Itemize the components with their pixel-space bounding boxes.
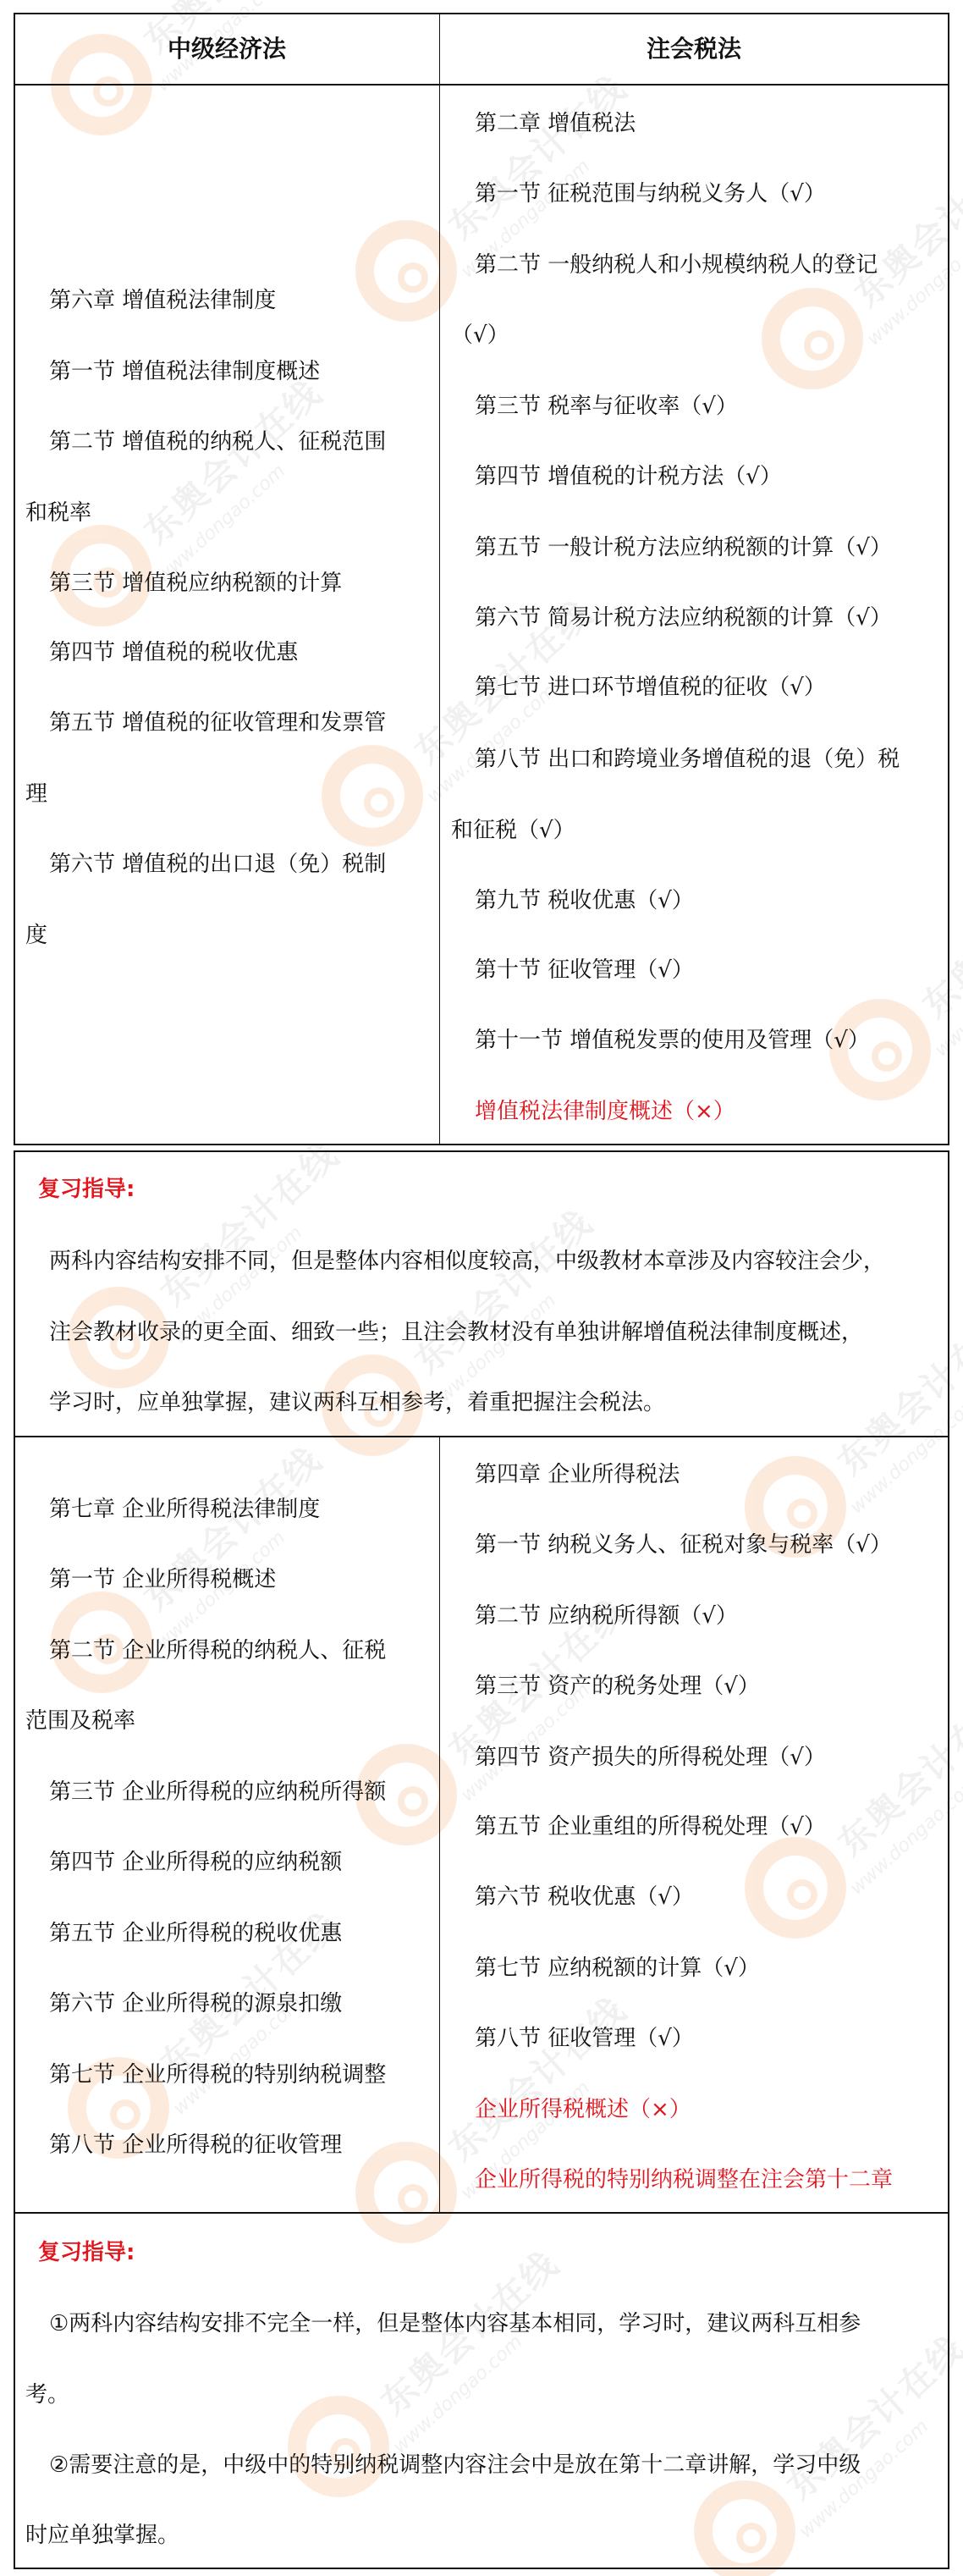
section-item: 第五节 增值税的征收管理和发票管 (49, 710, 386, 736)
section-item: 第一节 企业所得税概述 (49, 1567, 276, 1592)
review-guidance-title: 复习指导: (38, 1177, 135, 1202)
section-item: 第二节 应纳税所得额（√） (475, 1603, 738, 1629)
section-item: 第九节 税收优惠（√） (475, 888, 694, 913)
section-item: 第六节 税收优惠（√） (475, 1884, 694, 1910)
section-item-wrap: 度 (25, 923, 47, 948)
excluded-note: 增值税法律制度概述（×） (475, 1099, 735, 1124)
section-item: 第二节 一般纳税人和小规模纳税人的登记 (475, 252, 878, 278)
section-item-wrap: （√） (451, 323, 509, 348)
column-divider (439, 13, 440, 1145)
section-item: 第一节 征税范围与纳税义务人（√） (475, 181, 826, 207)
chapter-title: 第六章 增值税法律制度 (49, 288, 276, 313)
section-item: 第四节 增值税的税收优惠 (49, 640, 298, 665)
section-item: 第五节 一般计税方法应纳税额的计算（√） (475, 535, 892, 560)
chapter-title: 第二章 增值税法 (475, 111, 636, 136)
guidance-text: ①两科内容结构安排不完全一样，但是整体内容基本相同，学习时，建议两科互相参 (49, 2311, 861, 2336)
section-item: 第三节 增值税应纳税额的计算 (49, 571, 342, 596)
section-item: 第五节 企业重组的所得税处理（√） (475, 1814, 826, 1840)
table-header-divider (14, 84, 949, 85)
section-item-wrap: 理 (25, 781, 47, 807)
section-item: 第三节 税率与征收率（√） (475, 394, 738, 419)
section-item-wrap: 和税率 (25, 500, 91, 526)
section-item: 第八节 征收管理（√） (475, 2026, 694, 2051)
section-item: 第四节 企业所得税的应纳税额 (49, 1850, 342, 1875)
section-item: 第一节 增值税法律制度概述 (49, 359, 320, 384)
section-item: 第十一节 增值税发票的使用及管理（√） (475, 1028, 870, 1053)
relocated-note: 企业所得税的特别纳税调整在注会第十二章 (475, 2167, 893, 2193)
guidance-text: 注会教材收录的更全面、细致一些；且注会教材没有单独讲解增值税法律制度概述， (49, 1320, 863, 1345)
guidance-text: 学习时，应单独掌握，建议两科互相参考，着重把握注会税法。 (49, 1390, 665, 1415)
chapter-title: 第四章 企业所得税法 (475, 1462, 680, 1487)
section-item: 第一节 纳税义务人、征税对象与税率（√） (475, 1532, 892, 1558)
review-guidance-box (14, 2212, 949, 2569)
section-item: 第七节 企业所得税的特别纳税调整 (49, 2062, 386, 2088)
guidance-text: ②需要注意的是，中级中的特别纳税调整内容注会中是放在第十二章讲解，学习中级 (49, 2452, 861, 2478)
section-item-wrap: 和征税（√） (451, 818, 575, 843)
guidance-text-wrap: 时应单独掌握。 (25, 2523, 179, 2548)
excluded-note: 企业所得税概述（×） (475, 2097, 691, 2122)
section-item: 第七节 进口环节增值税的征收（√） (475, 675, 826, 700)
section-item: 第六节 企业所得税的源泉扣缴 (49, 1991, 342, 2016)
section-item: 第六节 简易计税方法应纳税额的计算（√） (475, 605, 892, 631)
section-item: 第二节 增值税的纳税人、征税范围 (49, 429, 386, 455)
column-header-cpa-tax-law: 注会税法 (647, 36, 741, 62)
section-item: 第五节 企业所得税的税收优惠 (49, 1921, 342, 1946)
guidance-text: 两科内容结构安排不同，但是整体内容相似度较高，中级教材本章涉及内容较注会少， (49, 1249, 885, 1274)
section-item: 第八节 出口和跨境业务增值税的退（免）税 (475, 747, 900, 772)
section-item: 第八节 企业所得税的征收管理 (49, 2132, 342, 2158)
section-item: 第二节 企业所得税的纳税人、征税 (49, 1638, 386, 1663)
column-header-intermediate-economic-law: 中级经济法 (168, 36, 286, 62)
section-item: 第三节 企业所得税的应纳税所得额 (49, 1779, 386, 1805)
section-item: 第十节 征收管理（√） (475, 957, 694, 983)
chapter-title: 第七章 企业所得税法律制度 (49, 1497, 320, 1522)
review-guidance-title: 复习指导: (38, 2240, 135, 2265)
section-item-wrap: 范围及税率 (25, 1708, 135, 1734)
section-item: 第四节 资产损失的所得税处理（√） (475, 1745, 826, 1770)
section-item: 第七节 应纳税额的计算（√） (475, 1955, 760, 1981)
guidance-text-wrap: 考。 (25, 2382, 69, 2408)
section-item: 第四节 增值税的计税方法（√） (475, 464, 782, 489)
section-item: 第三节 资产的税务处理（√） (475, 1674, 760, 1699)
section-item: 第六节 增值税的出口退（免）税制 (49, 852, 386, 877)
column-divider (439, 1436, 440, 2214)
